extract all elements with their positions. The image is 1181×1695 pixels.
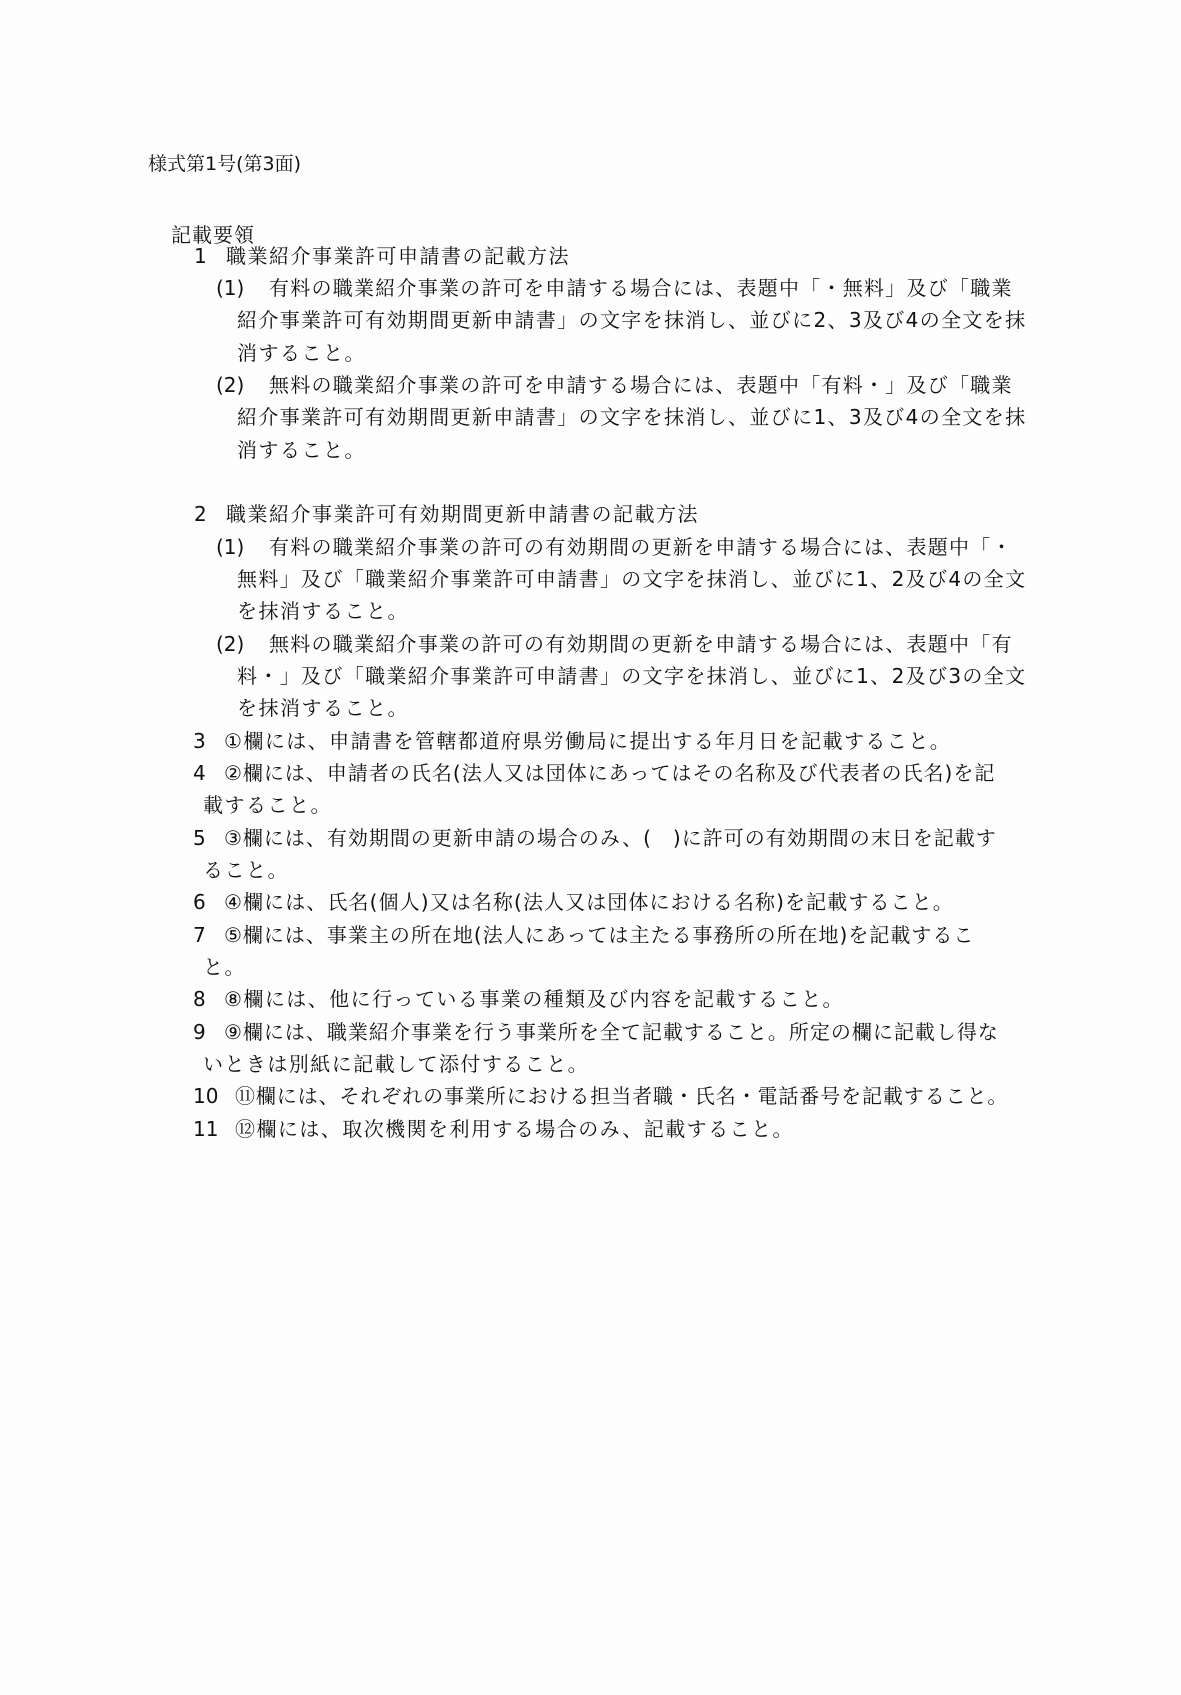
item-number: 11 bbox=[193, 1116, 218, 1142]
item-line: ③欄には、有効期間の更新申請の場合のみ、( )に許可の有効期間の末日を記載す bbox=[224, 825, 997, 851]
item-number: 8 bbox=[193, 986, 206, 1012]
item-number: 4 bbox=[193, 760, 206, 786]
item-number: 10 bbox=[193, 1083, 218, 1109]
subitem-number: (2) bbox=[216, 631, 244, 657]
section-number: 2 bbox=[194, 501, 207, 527]
subitem-line: 消すること。 bbox=[237, 340, 366, 366]
section-title: 職業紹介事業許可申請書の記載方法 bbox=[226, 243, 570, 269]
item-line: ⑧欄には、他に行っている事業の種類及び内容を記載すること。 bbox=[224, 986, 844, 1012]
subitem-number: (2) bbox=[216, 372, 244, 398]
subitem-line: 紹介事業許可有効期間更新申請書」の文字を抹消し、並びに1、3及び4の全文を抹 bbox=[237, 404, 1026, 430]
subitem-line: 無料の職業紹介事業の許可の有効期間の更新を申請する場合には、表題中「有 bbox=[269, 631, 1013, 657]
subitem-line: を抹消すること。 bbox=[237, 695, 409, 721]
subitem-number: (1) bbox=[216, 534, 244, 560]
item-line: いときは別紙に記載して添付すること。 bbox=[203, 1051, 589, 1077]
subitem-number: (1) bbox=[216, 275, 244, 301]
item-line: ⑪欄には、それぞれの事業所における担当者職・氏名・電話番号を記載すること。 bbox=[235, 1083, 1008, 1109]
item-line: ②欄には、申請者の氏名(法人又は団体にあってはその名称及び代表者の氏名)を記 bbox=[224, 760, 995, 786]
section-number: 1 bbox=[194, 243, 207, 269]
section-title: 職業紹介事業許可有効期間更新申請書の記載方法 bbox=[226, 501, 699, 527]
item-number: 6 bbox=[193, 889, 206, 915]
subitem-line: 有料の職業紹介事業の許可を申請する場合には、表題中「・無料」及び「職業 bbox=[269, 275, 1013, 301]
item-line: ⑨欄には、職業紹介事業を行う事業所を全て記載すること。所定の欄に記載し得な bbox=[224, 1019, 999, 1045]
subitem-line: を抹消すること。 bbox=[237, 598, 409, 624]
subitem-line: 紹介事業許可有効期間更新申請書」の文字を抹消し、並びに2、3及び4の全文を抹 bbox=[237, 307, 1026, 333]
item-line: ⑫欄には、取次機関を利用する場合のみ、記載すること。 bbox=[235, 1116, 794, 1142]
subitem-line: 無料の職業紹介事業の許可を申請する場合には、表題中「有料・」及び「職業 bbox=[269, 372, 1013, 398]
item-line: ⑤欄には、事業主の所在地(法人にあっては主たる事務所の所在地)を記載するこ bbox=[224, 922, 974, 948]
subitem-line: 無料」及び「職業紹介事業許可申請書」の文字を抹消し、並びに1、2及び4の全文 bbox=[237, 566, 1026, 592]
item-number: 7 bbox=[193, 922, 206, 948]
subitem-line: 有料の職業紹介事業の許可の有効期間の更新を申請する場合には、表題中「・ bbox=[269, 534, 1013, 560]
form-number: 様式第1号(第3面) bbox=[148, 152, 301, 176]
document-page: 様式第1号(第3面) 記載要領 1 職業紹介事業許可申請書の記載方法 (1) 有… bbox=[0, 0, 1181, 1695]
item-number: 5 bbox=[193, 825, 206, 851]
subitem-line: 料・」及び「職業紹介事業許可申請書」の文字を抹消し、並びに1、2及び3の全文 bbox=[237, 663, 1026, 689]
item-line: ること。 bbox=[203, 857, 289, 883]
item-number: 3 bbox=[193, 728, 206, 754]
item-line: と。 bbox=[203, 954, 246, 980]
item-number: 9 bbox=[193, 1019, 206, 1045]
item-line: 載すること。 bbox=[203, 792, 332, 818]
item-line: ①欄には、申請書を管轄都道府県労働局に提出する年月日を記載すること。 bbox=[224, 728, 951, 754]
subitem-line: 消すること。 bbox=[237, 437, 366, 463]
item-line: ④欄には、氏名(個人)又は名称(法人又は団体における名称)を記載すること。 bbox=[224, 889, 954, 915]
